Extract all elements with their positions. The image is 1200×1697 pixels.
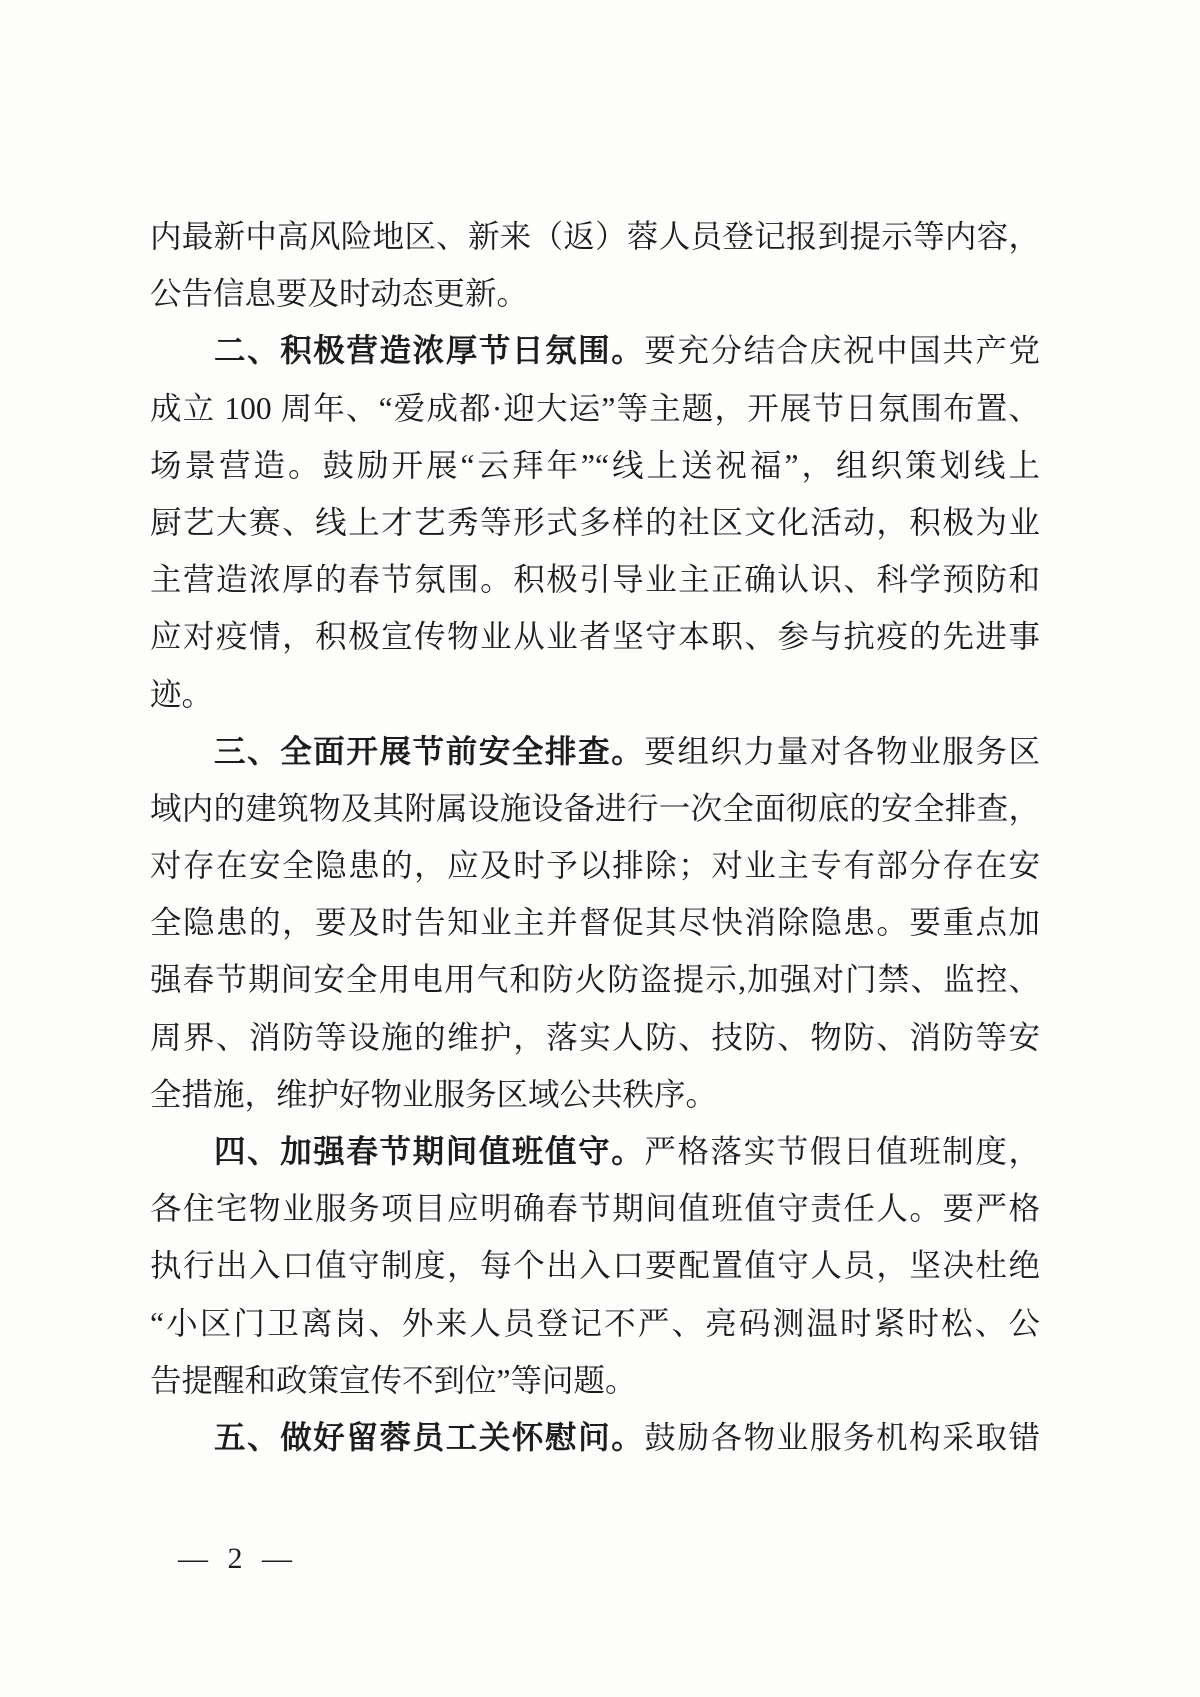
section-heading: 五、做好留蓉员工关怀慰问。 <box>214 1419 644 1455</box>
line-text: 严格落实节假日值班制度， <box>644 1134 1040 1169</box>
text-line: 各住宅物业服务项目应明确春节期间值班值守责任人。要严格 <box>150 1180 1040 1237</box>
line-text: 全隐患的，要及时告知业主并督促其尽快消除隐患。要重点加 <box>150 905 1040 940</box>
document-page: 内最新中高风险地区、新来（返）蓉人员登记报到提示等内容，公告信息要及时动态更新。… <box>0 0 1200 1697</box>
line-text: 主营造浓厚的春节氛围。积极引导业主正确认识、科学预防和 <box>150 562 1040 597</box>
text-line: 成立 100 周年、“爱成都·迎大运”等主题，开展节日氛围布置、 <box>150 380 1040 437</box>
text-line: 内最新中高风险地区、新来（返）蓉人员登记报到提示等内容， <box>150 208 1040 265</box>
section-paragraph-line: 二、积极营造浓厚节日氛围。要充分结合庆祝中国共产党 <box>150 322 1040 379</box>
text-line: 对存在安全隐患的，应及时予以排除；对业主专有部分存在安 <box>150 837 1040 894</box>
line-text: 厨艺大赛、线上才艺秀等形式多样的社区文化活动，积极为业 <box>150 505 1040 540</box>
section-paragraph-line: 五、做好留蓉员工关怀慰问。鼓励各物业服务机构采取错 <box>150 1409 1040 1466</box>
line-text: 周界、消防等设施的维护，落实人防、技防、物防、消防等安 <box>150 1020 1040 1055</box>
line-text: 应对疫情，积极宣传物业从业者坚守本职、参与抗疫的先进事 <box>150 619 1040 654</box>
section-heading: 三、全面开展节前安全排查。 <box>214 733 644 769</box>
text-line: 迹。 <box>150 666 1040 723</box>
text-line: 全隐患的，要及时告知业主并督促其尽快消除隐患。要重点加 <box>150 894 1040 951</box>
document-body: 内最新中高风险地区、新来（返）蓉人员登记报到提示等内容，公告信息要及时动态更新。… <box>150 208 1040 1466</box>
text-line: 域内的建筑物及其附属设施设备进行一次全面彻底的安全排查， <box>150 780 1040 837</box>
line-text: 内最新中高风险地区、新来（返）蓉人员登记报到提示等内容， <box>150 219 1040 254</box>
line-text: 鼓励各物业服务机构采取错 <box>644 1420 1040 1455</box>
line-text: 要组织力量对各物业服务区 <box>644 734 1040 769</box>
text-line: 主营造浓厚的春节氛围。积极引导业主正确认识、科学预防和 <box>150 551 1040 608</box>
line-text: 要充分结合庆祝中国共产党 <box>644 333 1040 368</box>
line-text: 全措施，维护好物业服务区域公共秩序。 <box>150 1077 717 1112</box>
line-text: 对存在安全隐患的，应及时予以排除；对业主专有部分存在安 <box>150 848 1040 883</box>
text-line: “小区门卫离岗、外来人员登记不严、亮码测温时紧时松、公 <box>150 1295 1040 1352</box>
text-line: 执行出入口值守制度，每个出入口要配置值守人员，坚决杜绝 <box>150 1237 1040 1294</box>
text-line: 周界、消防等设施的维护，落实人防、技防、物防、消防等安 <box>150 1009 1040 1066</box>
line-text: 各住宅物业服务项目应明确春节期间值班值守责任人。要严格 <box>150 1191 1040 1226</box>
section-paragraph-line: 四、加强春节期间值班值守。严格落实节假日值班制度， <box>150 1123 1040 1180</box>
section-paragraph-line: 三、全面开展节前安全排查。要组织力量对各物业服务区 <box>150 723 1040 780</box>
line-text: 公告信息要及时动态更新。 <box>150 276 528 311</box>
text-line: 应对疫情，积极宣传物业从业者坚守本职、参与抗疫的先进事 <box>150 608 1040 665</box>
text-line: 厨艺大赛、线上才艺秀等形式多样的社区文化活动，积极为业 <box>150 494 1040 551</box>
text-line: 公告信息要及时动态更新。 <box>150 265 1040 322</box>
text-line: 告提醒和政策宣传不到位”等问题。 <box>150 1352 1040 1409</box>
line-text: 迹。 <box>150 677 213 712</box>
line-text: 执行出入口值守制度，每个出入口要配置值守人员，坚决杜绝 <box>150 1248 1040 1283</box>
section-heading: 二、积极营造浓厚节日氛围。 <box>214 332 644 368</box>
line-text: 域内的建筑物及其附属设施设备进行一次全面彻底的安全排查， <box>150 791 1040 826</box>
line-text: 成立 100 周年、“爱成都·迎大运”等主题，开展节日氛围布置、 <box>150 391 1040 426</box>
text-line: 强春节期间安全用电用气和防火防盗提示,加强对门禁、监控、 <box>150 951 1040 1008</box>
page-number: — 2 — <box>178 1542 298 1576</box>
text-line: 场景营造。鼓励开展“云拜年”“线上送祝福”，组织策划线上 <box>150 437 1040 494</box>
line-text: “小区门卫离岗、外来人员登记不严、亮码测温时紧时松、公 <box>150 1306 1040 1341</box>
line-text: 强春节期间安全用电用气和防火防盗提示,加强对门禁、监控、 <box>150 962 1040 997</box>
line-text: 告提醒和政策宣传不到位”等问题。 <box>150 1363 636 1398</box>
line-text: 场景营造。鼓励开展“云拜年”“线上送祝福”，组织策划线上 <box>150 448 1040 483</box>
text-line: 全措施，维护好物业服务区域公共秩序。 <box>150 1066 1040 1123</box>
section-heading: 四、加强春节期间值班值守。 <box>214 1133 644 1169</box>
